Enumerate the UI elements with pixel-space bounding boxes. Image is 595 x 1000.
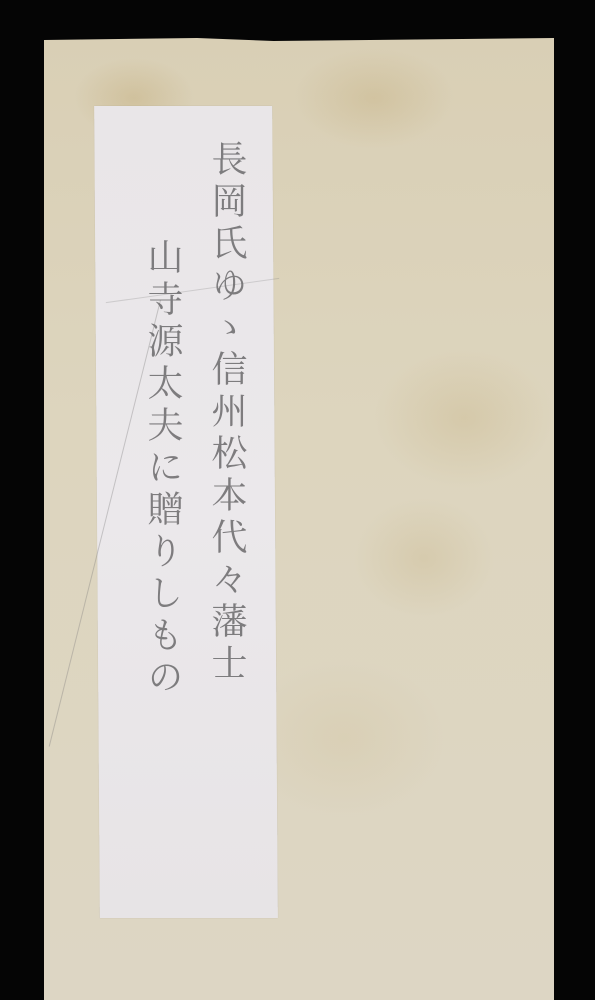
- handwritten-column-right: 長岡氏ゆゝ信州松本代々藩士: [208, 140, 244, 686]
- handwritten-column-left: 山寺源太夫に贈りしもの: [144, 238, 180, 700]
- pasted-label-strip: [94, 106, 278, 918]
